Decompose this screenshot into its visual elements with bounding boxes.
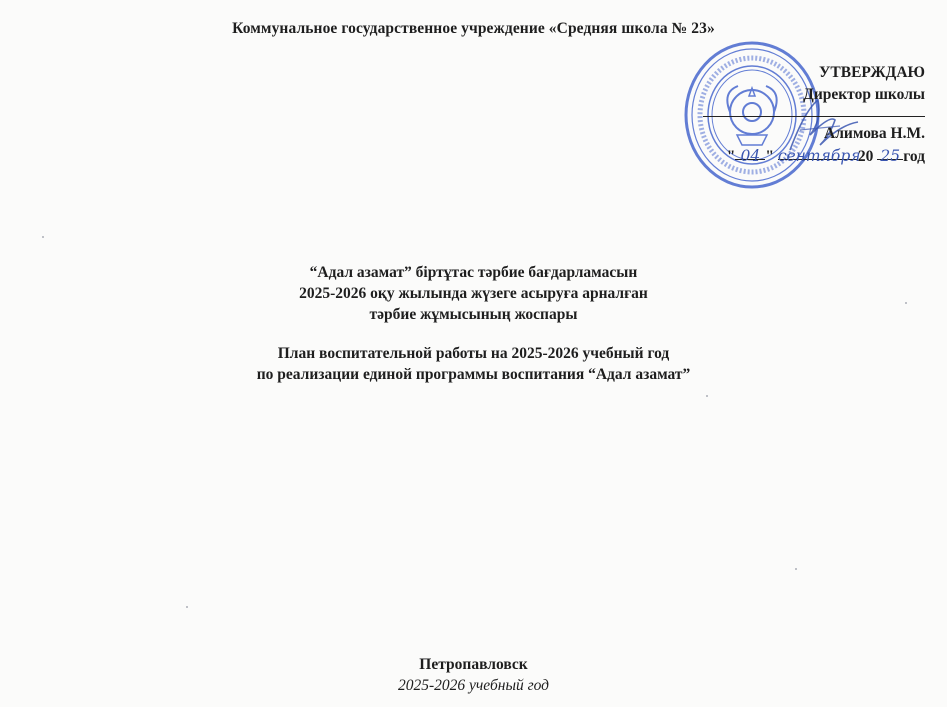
date-close-quote: " — [765, 148, 774, 165]
date-open-quote: " — [727, 148, 736, 165]
city: Петропавловск — [0, 656, 947, 674]
director-position: Директор школы — [695, 84, 925, 106]
date-year-field: 25 — [877, 145, 903, 160]
title-ru-line-1: План воспитательной работы на 2025-2026 … — [0, 343, 947, 364]
scan-speck — [186, 606, 188, 608]
title-kz-line-2: 2025-2026 оқу жылында жүзеге асыруға арн… — [0, 283, 947, 304]
director-name: Алимова Н.М. — [695, 123, 925, 145]
title-ru-line-2: по реализации единой программы воспитани… — [0, 364, 947, 385]
scan-speck — [795, 568, 797, 570]
title-russian: План воспитательной работы на 2025-2026 … — [0, 343, 947, 385]
organization-header: Коммунальное государственное учреждение … — [0, 20, 947, 38]
approve-label: УТВЕРЖДАЮ — [695, 62, 925, 84]
signature-line — [703, 106, 925, 117]
date-month-field: сентября — [778, 145, 858, 160]
date-century: 20 — [858, 148, 874, 165]
approval-block: УТВЕРЖДАЮ Директор школы Алимова Н.М. "0… — [695, 62, 925, 168]
title-kz-line-3: тәрбие жұмысының жоспары — [0, 304, 947, 325]
scan-speck — [706, 395, 708, 397]
date-day-field: 04 — [735, 145, 765, 160]
scan-speck — [42, 236, 44, 238]
date-year-label: год — [903, 148, 925, 165]
scan-speck — [905, 302, 907, 304]
academic-year: 2025-2026 учебный год — [0, 677, 947, 695]
title-kazakh: “Адал азамат” біртұтас тәрбие бағдарлама… — [0, 262, 947, 325]
title-kz-line-1: “Адал азамат” біртұтас тәрбие бағдарлама… — [0, 262, 947, 283]
approval-date: "04" сентября20 25год — [695, 145, 925, 168]
